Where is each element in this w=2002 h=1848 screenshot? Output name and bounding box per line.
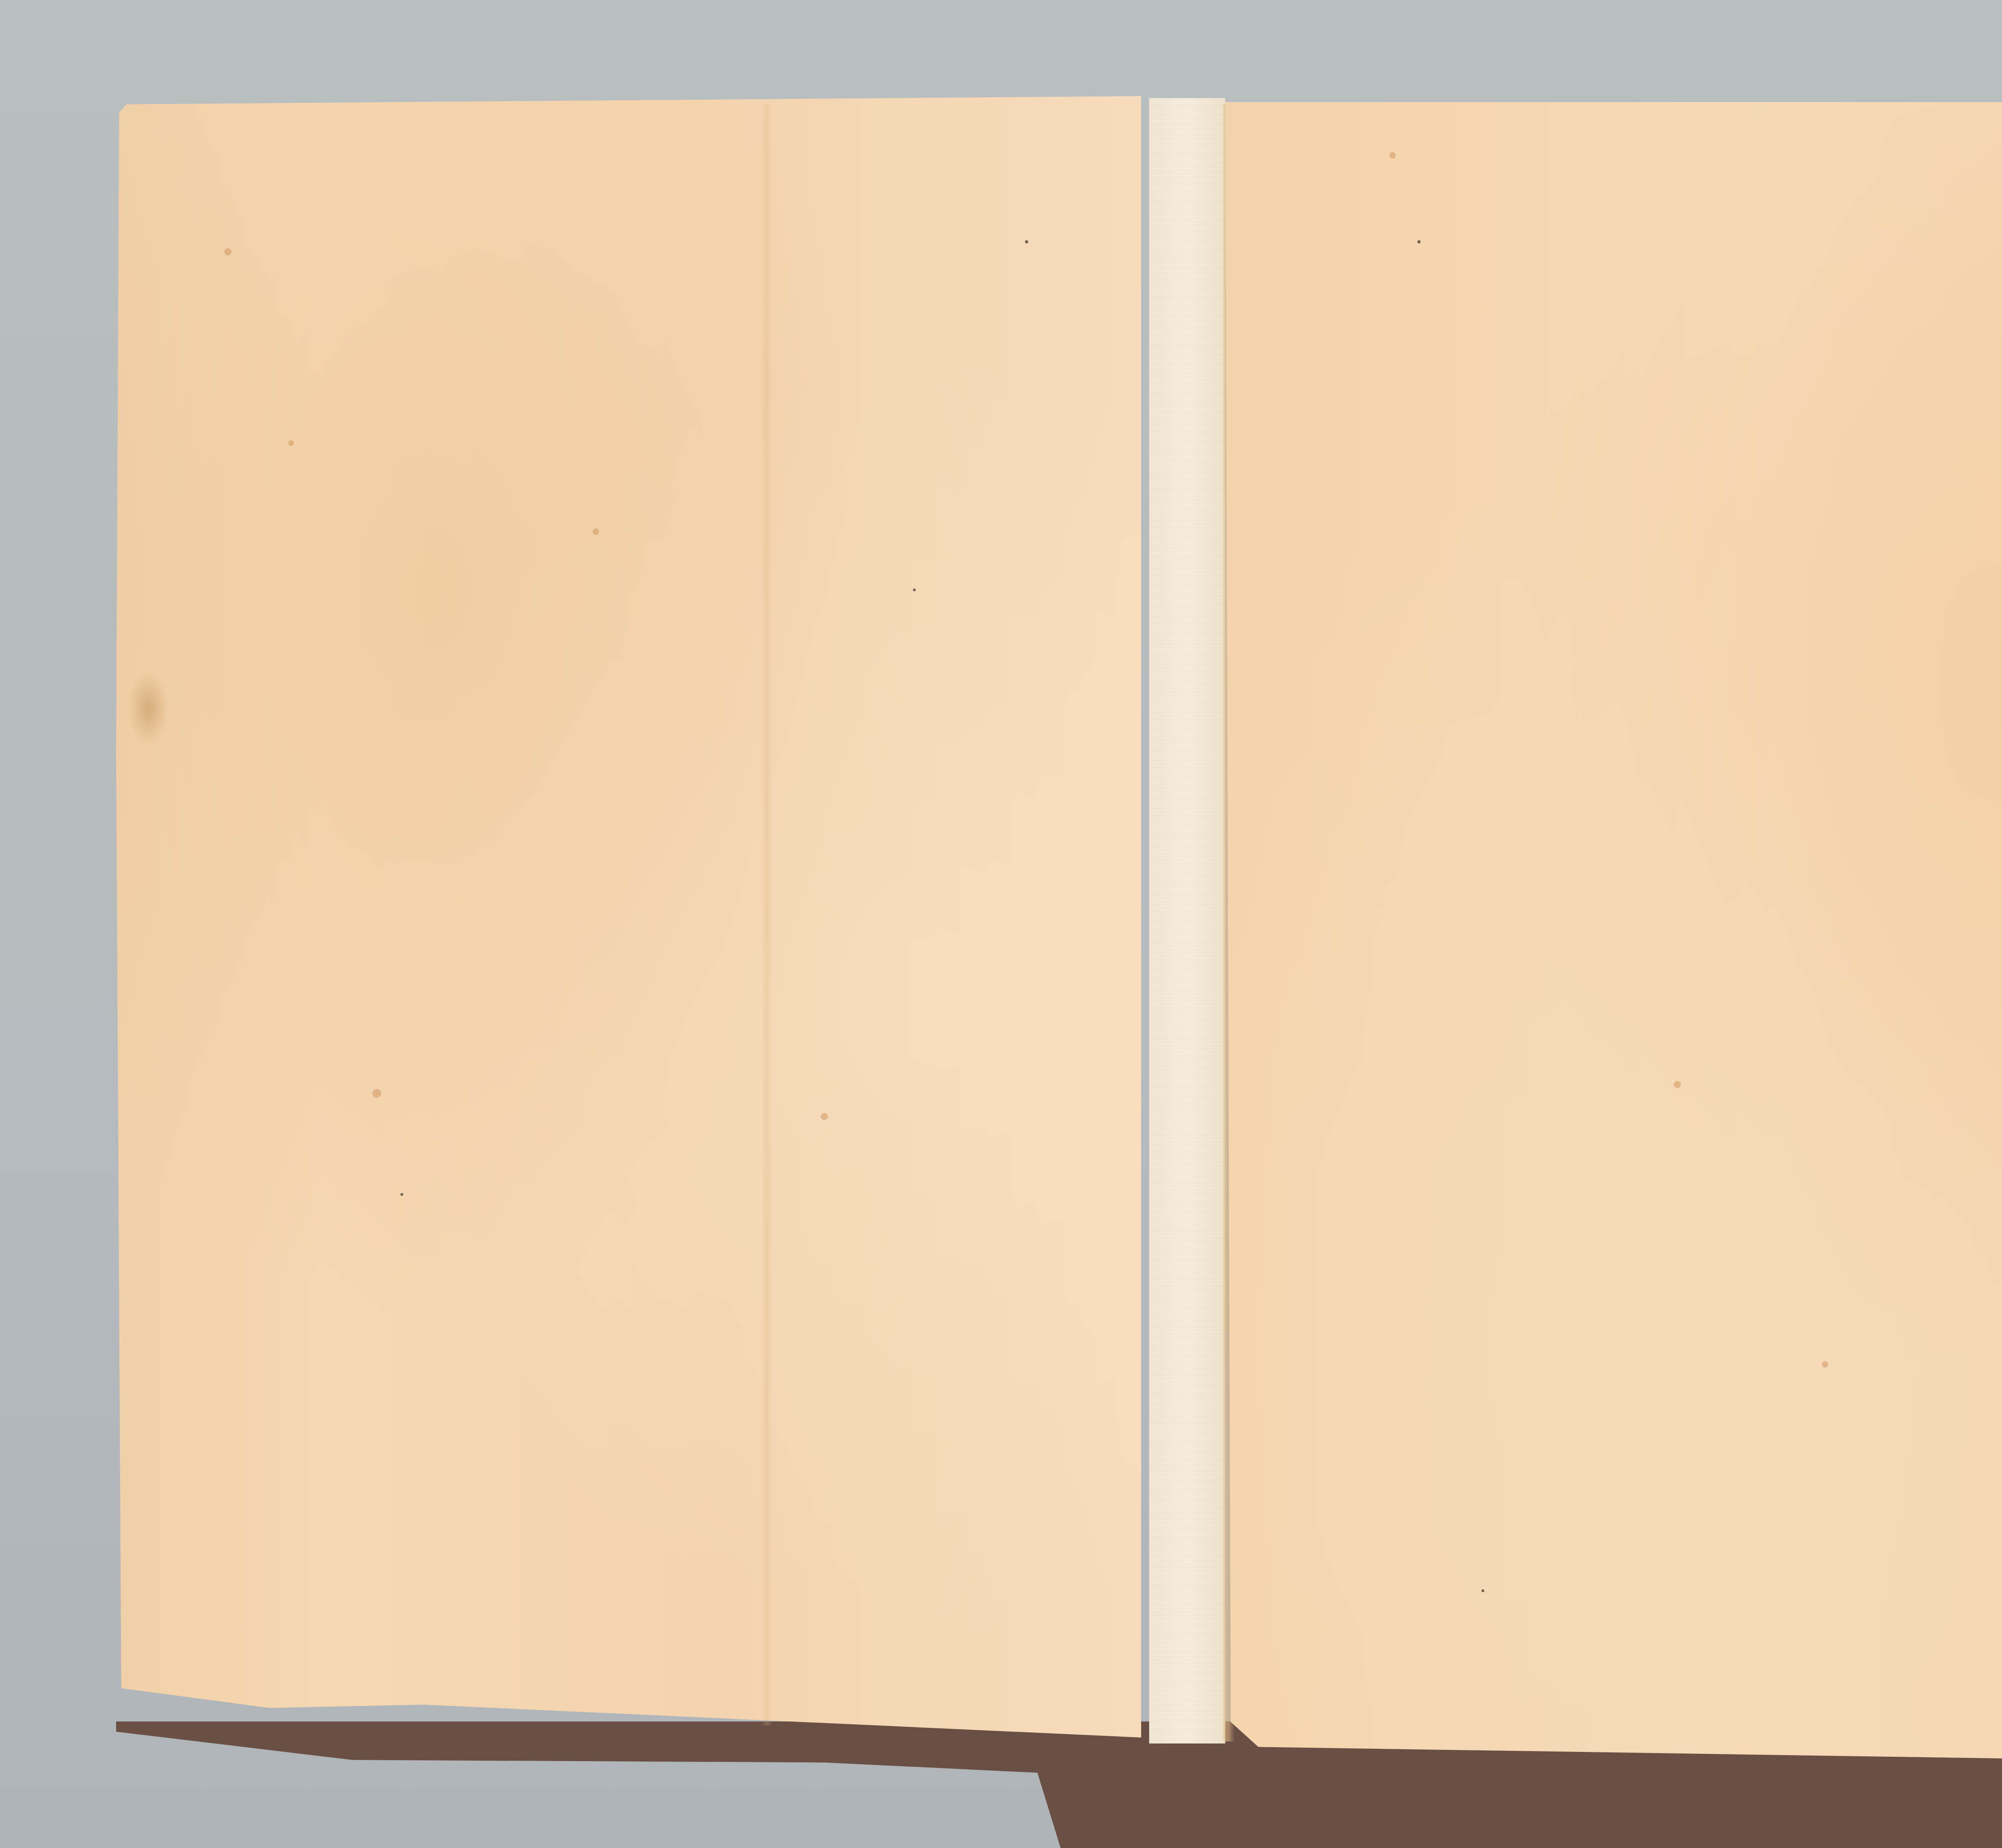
foxing-spot: [1822, 1361, 1828, 1368]
left-page-fold-crease: [761, 104, 773, 1725]
debris-spot: [1481, 1589, 1484, 1592]
foxing-spot: [1674, 1081, 1681, 1088]
foxing-spot: [821, 1113, 828, 1120]
photo-scene: [0, 0, 2002, 1848]
foxing-spot: [1389, 152, 1396, 159]
foxing-spot: [224, 248, 231, 255]
debris-spot: [913, 589, 916, 591]
gutter-cloth-hinge: [1149, 98, 1225, 1744]
debris-spot: [1025, 240, 1028, 243]
debris-spot: [1417, 240, 1421, 243]
left-page: [116, 96, 1141, 1738]
foxing-spot: [288, 440, 294, 446]
debris-spot: [400, 1193, 403, 1196]
foxing-spot: [372, 1089, 381, 1098]
right-page: [1225, 102, 2002, 1764]
foxing-spot: [593, 528, 599, 535]
left-page-tear: [124, 665, 172, 753]
